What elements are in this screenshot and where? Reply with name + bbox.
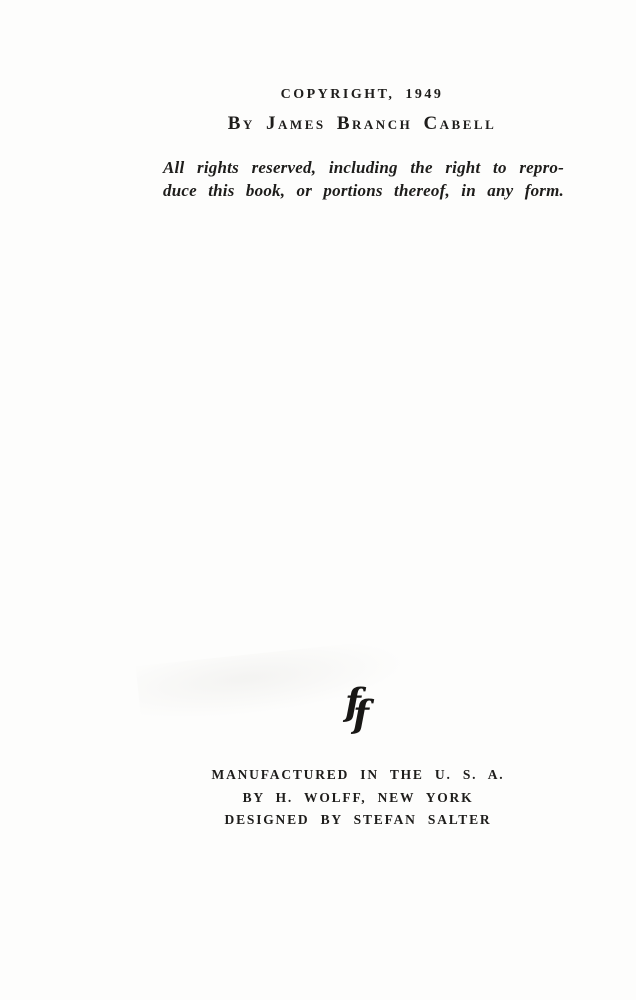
author-byline: By James Branch Cabell — [88, 113, 636, 135]
rights-notice-line-1: All rights reserved, including the right… — [163, 157, 564, 180]
printer-credits: MANUFACTURED IN THE U. S. A. BY H. WOLFF… — [80, 764, 636, 832]
rights-notice-line-2: duce this book, or portions thereof, in … — [163, 180, 564, 203]
printer-ff-colophon-icon: f f — [336, 682, 384, 752]
author-byline-text: By James Branch Cabell — [228, 113, 497, 134]
colophon-f-glyph-lower: f — [353, 696, 369, 733]
copyright-line: COPYRIGHT, 1949 — [88, 87, 636, 103]
printer-credits-line-1: MANUFACTURED IN THE U. S. A. — [80, 764, 636, 787]
printer-credits-line-3: DESIGNED BY STEFAN SALTER — [80, 809, 636, 832]
printer-credits-line-2: BY H. WOLFF, NEW YORK — [80, 787, 636, 810]
rights-notice: All rights reserved, including the right… — [163, 157, 564, 202]
book-copyright-page: COPYRIGHT, 1949 By James Branch Cabell A… — [0, 0, 636, 1000]
